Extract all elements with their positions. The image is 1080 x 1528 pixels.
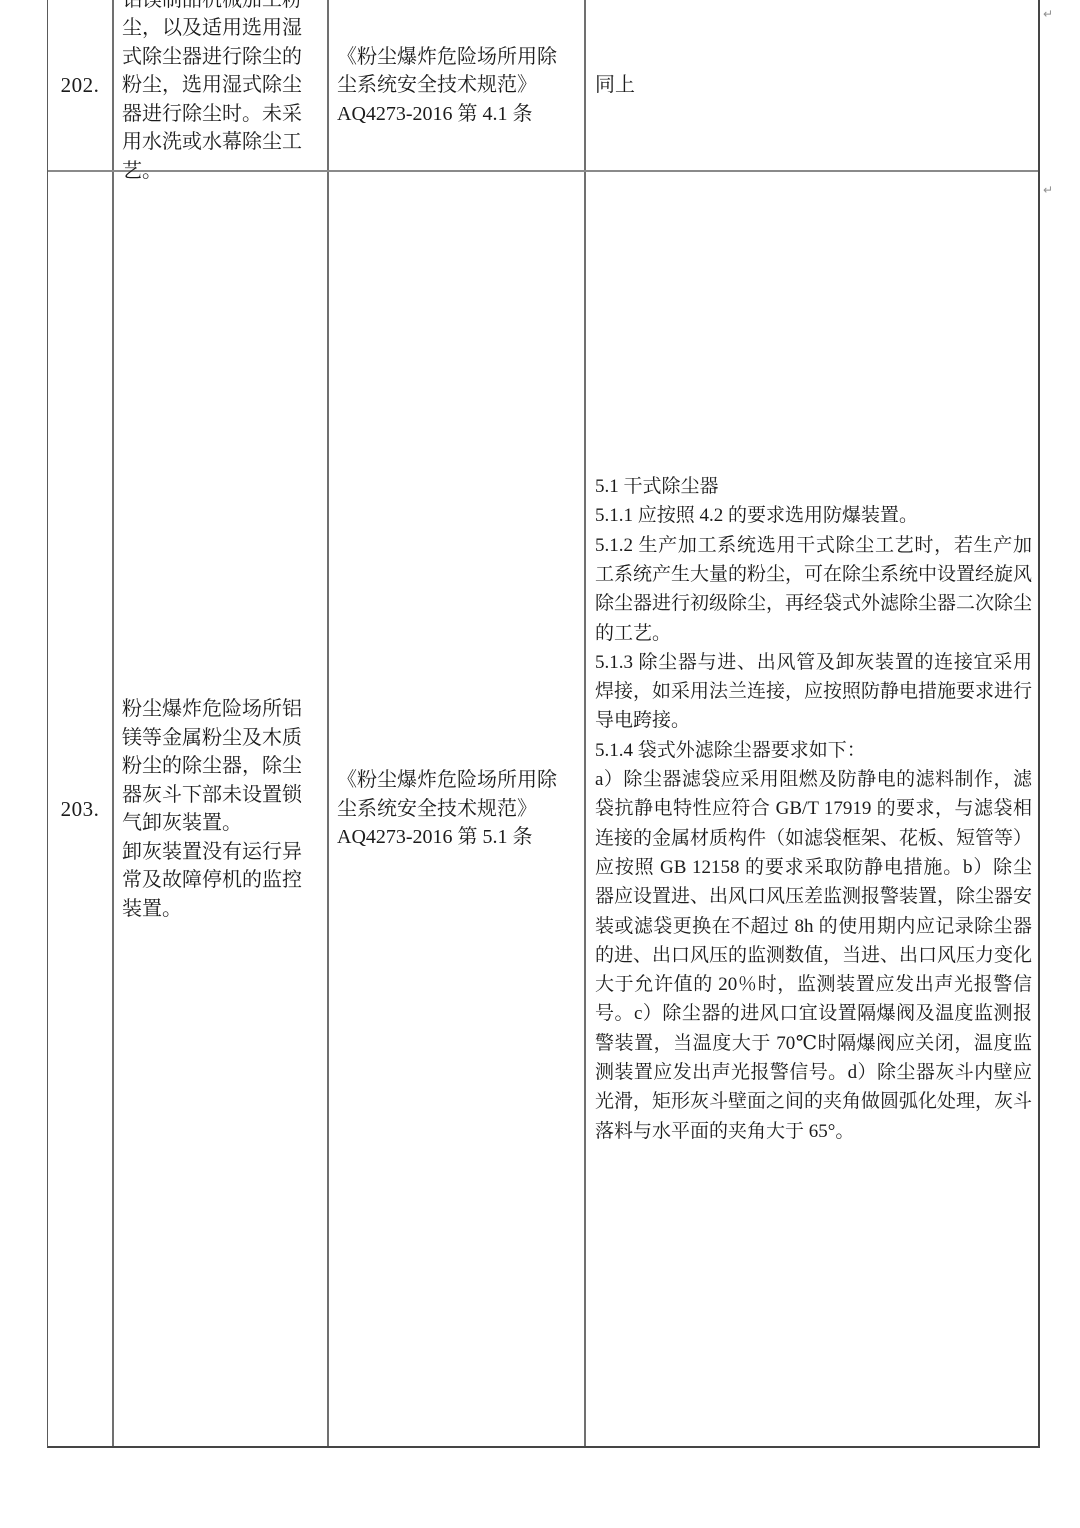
problem-paragraph: 卸灰装置没有运行异常及故障停机的监控装置。 (122, 838, 318, 924)
row-202-basis-cell: 《粉尘爆炸危险场所用除尘系统安全技术规范》AQ4273-2016 第 4.1 条 (329, 0, 583, 171)
item-number: 202. (48, 73, 112, 98)
row-202-number-cell: 202. (48, 0, 112, 171)
detail-paragraph: 5.1.4 袋式外滤除尘器要求如下： (595, 736, 1032, 765)
row-202-problem-cell: 铝镁制品机械加工粉尘，以及适用选用湿式除尘器进行除尘的粉尘，选用湿式除尘器进行除… (114, 0, 326, 171)
detail-paragraph: a）除尘器滤袋应采用阻燃及防静电的滤料制作，滤袋抗静电特性应符合 GB/T 17… (595, 765, 1032, 1146)
row-202-detail-cell: 同上 (586, 0, 1041, 171)
row-203-number-cell: 203. (48, 172, 112, 1446)
end-of-row-mark-icon: ↵ (1043, 8, 1053, 20)
basis-paragraph: 《粉尘爆炸危险场所用除尘系统安全技术规范》AQ4273-2016 第 4.1 条 (337, 43, 575, 129)
row-203-basis-cell: 《粉尘爆炸危险场所用除尘系统安全技术规范》AQ4273-2016 第 5.1 条 (329, 172, 583, 1446)
detail-paragraph: 同上 (595, 71, 1032, 100)
end-of-row-mark-icon: ↵ (1043, 184, 1053, 196)
detail-paragraph: 5.1 干式除尘器 (595, 472, 1032, 501)
problem-paragraph: 粉尘爆炸危险场所铝镁等金属粉尘及木质粉尘的除尘器，除尘器灰斗下部未设置锁气卸灰装… (122, 695, 318, 838)
document-page: 202. 铝镁制品机械加工粉尘，以及适用选用湿式除尘器进行除尘的粉尘，选用湿式除… (0, 0, 1080, 1528)
inspection-items-table: 202. 铝镁制品机械加工粉尘，以及适用选用湿式除尘器进行除尘的粉尘，选用湿式除… (47, 0, 1040, 1448)
item-number: 203. (48, 797, 112, 822)
problem-paragraph: 铝镁制品机械加工粉尘，以及适用选用湿式除尘器进行除尘的粉尘，选用湿式除尘器进行除… (122, 0, 318, 185)
row-203-problem-cell: 粉尘爆炸危险场所铝镁等金属粉尘及木质粉尘的除尘器，除尘器灰斗下部未设置锁气卸灰装… (114, 172, 326, 1446)
row-203-detail-cell: 5.1 干式除尘器 5.1.1 应按照 4.2 的要求选用防爆装置。 5.1.2… (586, 172, 1041, 1446)
detail-paragraph: 5.1.2 生产加工系统选用干式除尘工艺时，若生产加工系统产生大量的粉尘，可在除… (595, 531, 1032, 648)
detail-paragraph: 5.1.1 应按照 4.2 的要求选用防爆装置。 (595, 501, 1032, 530)
basis-paragraph: 《粉尘爆炸危险场所用除尘系统安全技术规范》AQ4273-2016 第 5.1 条 (337, 766, 575, 852)
detail-paragraph: 5.1.3 除尘器与进、出风管及卸灰装置的连接宜采用焊接，如采用法兰连接，应按照… (595, 648, 1032, 736)
